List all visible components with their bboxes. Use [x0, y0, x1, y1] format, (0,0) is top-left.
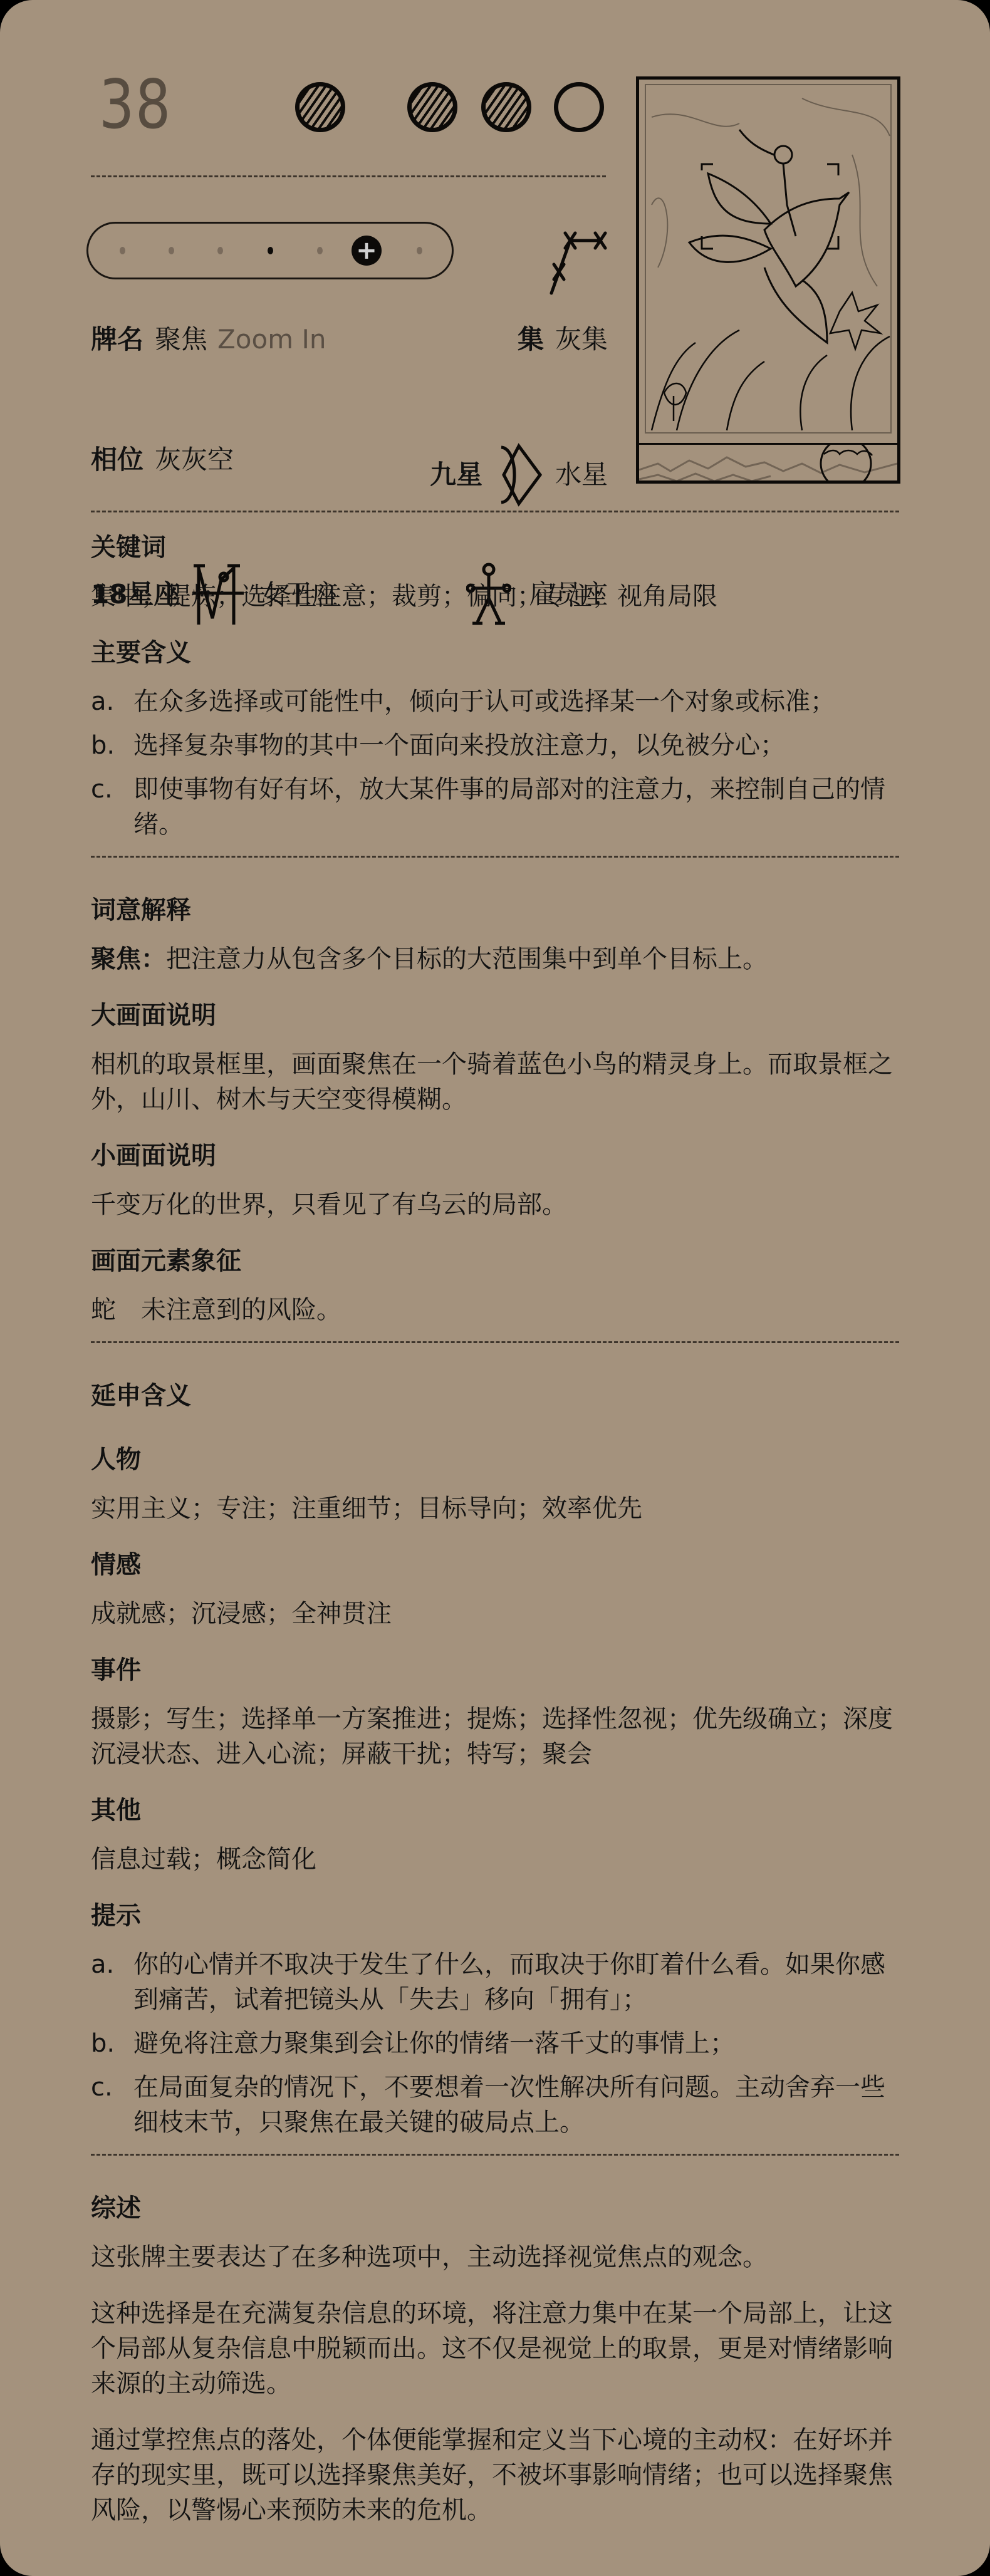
summary-paragraph: 这张牌主要表达了在多种选项中，主动选择视觉焦点的观念。: [91, 2240, 899, 2275]
small-picture-text: 千变万化的世界，只看见了有乌云的局部。: [91, 1187, 899, 1222]
card-name-row: 牌名 聚焦 Zoom In: [91, 322, 326, 357]
aspect-label: 相位: [91, 442, 143, 477]
symbol-element: 蛇: [91, 1296, 116, 1324]
plus-icon[interactable]: +: [352, 236, 382, 266]
big-picture-heading: 大画面说明: [91, 998, 899, 1033]
card-set-value: 灰集: [555, 322, 608, 357]
people-heading: 人物: [91, 1442, 899, 1477]
keywords-text: 集中；提炼；选择性注意；裁剪；偏向；专注；视角局限: [91, 579, 899, 614]
tip-item: a. 你的心情并不取决于发生了什么，而取决于你盯着什么看。如果你感到痛苦，试着把…: [91, 1947, 899, 2017]
symbols-heading: 画面元素象征: [91, 1244, 899, 1279]
main-meaning-item: c. 即使事物有好有坏，放大某件事的局部对的注意力，来控制自己的情绪。: [91, 772, 899, 842]
slider-dot-active[interactable]: [268, 247, 273, 254]
events-text: 摄影；写生；选择单一方案推进；提炼；选择性忽视；优先级确立；深度沉浸状态、进入心…: [91, 1701, 899, 1772]
other-text: 信息过载；概念简化: [91, 1842, 899, 1877]
aspect-value: 灰灰空: [155, 442, 234, 477]
planet-label: 九星: [430, 457, 482, 492]
list-text: 在众多选择或可能性中，倾向于认可或选择某一个对象或标准；: [133, 684, 899, 719]
emotion-text: 成就感；沉浸感；全神贯注: [91, 1596, 899, 1631]
tips-heading: 提示: [91, 1898, 899, 1933]
main-meaning-item: b. 选择复杂事物的其中一个面向来投放注意力，以免被分心；: [91, 728, 899, 763]
constellation-icon: [545, 227, 608, 297]
slider-dot[interactable]: [217, 247, 223, 254]
events-heading: 事件: [91, 1653, 899, 1688]
card-set-label: 集: [518, 322, 544, 357]
tip-item: b. 避免将注意力聚集到会让你的情绪一落千丈的事情上；: [91, 2026, 899, 2061]
extended-heading: 延申含义: [91, 1378, 899, 1413]
definition-term: 聚焦：: [91, 945, 166, 974]
list-marker: c.: [91, 2070, 133, 2140]
position-slider[interactable]: +: [86, 222, 454, 279]
card-content: 关键词 集中；提炼；选择性注意；裁剪；偏向；专注；视角局限 主要含义 a. 在众…: [91, 530, 899, 2528]
phase-hatched-icon: [407, 82, 457, 132]
people-text: 实用主义；专注；注重细节；目标导向；效率优先: [91, 1491, 899, 1526]
definition-body: 把注意力从包含多个目标的大范围集中到单个目标上。: [166, 945, 768, 974]
mercury-symbol-icon: [496, 442, 544, 507]
fairy-bird-illustration: [639, 80, 897, 443]
slider-dot[interactable]: [417, 247, 422, 254]
divider: [91, 2154, 899, 2156]
card-set-row: 集 灰集: [518, 322, 608, 357]
divider: [91, 1341, 899, 1343]
divider: [91, 175, 606, 177]
keywords-heading: 关键词: [91, 530, 899, 565]
emotion-heading: 情感: [91, 1547, 899, 1582]
small-picture-panel: [639, 443, 897, 480]
planet-row: 九星 水星: [430, 442, 608, 507]
aspect-row: 相位 灰灰空: [91, 442, 234, 477]
phase-empty-icon: [554, 82, 604, 132]
summary-paragraph: 通过掌控焦点的落处，个体便能掌握和定义当下心境的主动权：在好坏并存的现实里，既可…: [91, 2423, 899, 2528]
tip-item: c. 在局面复杂的情况下，不要想着一次性解决所有问题。主动舍弃一些细枝末节，只聚…: [91, 2070, 899, 2140]
list-text: 在局面复杂的情况下，不要想着一次性解决所有问题。主动舍弃一些细枝末节，只聚焦在最…: [133, 2070, 899, 2140]
list-marker: a.: [91, 684, 133, 719]
list-text: 你的心情并不取决于发生了什么，而取决于你盯着什么看。如果你感到痛苦，试着把镜头从…: [133, 1947, 899, 2017]
main-meaning-heading: 主要含义: [91, 635, 899, 670]
planet-value: 水星: [555, 457, 608, 492]
storm-cloud-illustration: [639, 445, 897, 482]
definition-text: 聚焦：把注意力从包含多个目标的大范围集中到单个目标上。: [91, 942, 899, 977]
list-marker: c.: [91, 772, 133, 842]
list-marker: a.: [91, 1947, 133, 2017]
phase-hatched-icon: [481, 82, 531, 132]
symbol-meaning: 未注意到的风险。: [141, 1296, 341, 1324]
list-marker: b.: [91, 2026, 133, 2061]
divider: [91, 856, 899, 858]
phase-hatched-icon: [295, 82, 345, 132]
list-text: 即使事物有好有坏，放大某件事的局部对的注意力，来控制自己的情绪。: [133, 772, 899, 842]
card-name-value: 聚焦: [155, 322, 207, 357]
summary-heading: 综述: [91, 2191, 899, 2226]
card-artwork: [636, 76, 900, 484]
list-text: 选择复杂事物的其中一个面向来投放注意力，以免被分心；: [133, 728, 899, 763]
card-name-english: Zoom In: [217, 322, 326, 357]
list-text: 避免将注意力聚集到会让你的情绪一落千丈的事情上；: [133, 2026, 899, 2061]
card-name-label: 牌名: [91, 322, 143, 357]
slider-dot[interactable]: [317, 247, 323, 254]
definition-heading: 词意解释: [91, 893, 899, 928]
main-meaning-item: a. 在众多选择或可能性中，倾向于认可或选择某一个对象或标准；: [91, 684, 899, 719]
big-picture-text: 相机的取景框里，画面聚焦在一个骑着蓝色小鸟的精灵身上。而取景框之外，山川、树木与…: [91, 1047, 899, 1117]
divider: [91, 511, 899, 512]
slider-dot[interactable]: [169, 247, 174, 254]
small-picture-heading: 小画面说明: [91, 1138, 899, 1173]
summary-paragraph: 这种选择是在充满复杂信息的环境，将注意力集中在某一个局部上，让这个局部从复杂信息…: [91, 2296, 899, 2401]
slider-dot[interactable]: [120, 247, 125, 254]
list-marker: b.: [91, 728, 133, 763]
card-number: 38: [99, 68, 172, 143]
symbols-text: 蛇未注意到的风险。: [91, 1292, 899, 1327]
card-detail-page: 38 + 牌名 聚焦 Zoom In 集 灰集 相位 灰灰空: [0, 0, 990, 2576]
other-heading: 其他: [91, 1793, 899, 1828]
